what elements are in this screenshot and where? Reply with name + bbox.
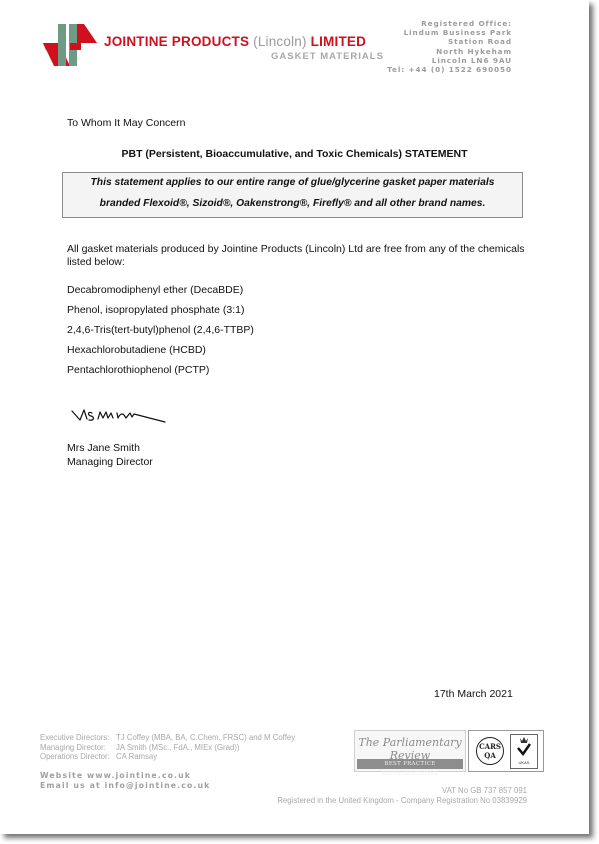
cars-qa-icon: CARS QA (476, 737, 504, 765)
vat-number: VAT No GB 737 857 091 (277, 786, 527, 796)
address-line: Lindum Business Park (387, 28, 512, 37)
company-suffix: LIMITED (311, 34, 366, 49)
crown-check-icon (511, 735, 537, 759)
scope-line-1: This statement applies to our entire ran… (63, 177, 522, 188)
contact-info: Website www.jointine.co.uk Email us at i… (40, 771, 210, 790)
statement-title: PBT (Persistent, Bioaccumulative, and To… (0, 148, 589, 160)
jointine-logo-icon (43, 24, 97, 66)
address-line: Registered Office: (387, 19, 512, 28)
phone-number: Tel: +44 (0) 1522 690050 (387, 65, 512, 74)
director-value: JA Smith (MSc., FdA., MIEx (Grad)) (116, 743, 239, 752)
address-line: Station Road (387, 37, 512, 46)
letter-date: 17th March 2021 (434, 688, 513, 700)
director-value: CA Ramsay (116, 752, 157, 761)
best-practice-bar: BEST PRACTICE REPRESENTATIVE (357, 759, 463, 769)
letter-page: JOINTINE PRODUCTS (Lincoln) LIMITED GASK… (0, 0, 589, 834)
address-line: Lincoln LN6 9AU (387, 56, 512, 65)
company-tagline: GASKET MATERIALS (271, 51, 384, 62)
scope-line-2: branded Flexoid®, Sizoid®, Oakenstrong®,… (63, 198, 522, 209)
chemical-item: Hexachlorobutadiene (HCBD) (67, 344, 254, 364)
certification-badges: CARS QA UKAS (468, 730, 544, 772)
cars-label: CARS QA (477, 742, 503, 760)
chemical-item: Decabromodiphenyl ether (DecaBDE) (67, 284, 254, 304)
director-label: Managing Director: (40, 743, 116, 753)
address-line: North Hykeham (387, 47, 512, 56)
ukas-label: UKAS (511, 760, 537, 765)
chemical-item: Pentachlorothiophenol (PCTP) (67, 364, 254, 384)
salutation: To Whom It May Concern (67, 117, 185, 129)
signature-icon (70, 405, 170, 430)
signer-title: Managing Director (67, 455, 153, 469)
company-name-main: JOINTINE PRODUCTS (104, 34, 249, 49)
website-link[interactable]: Website www.jointine.co.uk (40, 771, 210, 781)
director-value: TJ Coffey (MBA, BA, C.Chem. FRSC) and M … (116, 733, 295, 742)
directors-list: Executive Directors:TJ Coffey (MBA, BA, … (40, 733, 295, 762)
company-name: JOINTINE PRODUCTS (Lincoln) LIMITED (104, 34, 366, 49)
director-label: Operations Director: (40, 752, 116, 762)
email-link[interactable]: Email us at info@jointine.co.uk (40, 781, 210, 791)
registered-office-address: Registered Office: Lindum Business Park … (387, 19, 512, 74)
scope-statement-box: This statement applies to our entire ran… (62, 172, 523, 218)
chemical-list: Decabromodiphenyl ether (DecaBDE) Phenol… (67, 284, 254, 384)
director-row: Executive Directors:TJ Coffey (MBA, BA, … (40, 733, 295, 743)
director-row: Managing Director:JA Smith (MSc., FdA., … (40, 743, 295, 753)
intro-paragraph: All gasket materials produced by Jointin… (67, 243, 547, 269)
chemical-item: Phenol, isopropylated phosphate (3:1) (67, 304, 254, 324)
vat-registration: VAT No GB 737 857 091 Registered in the … (277, 786, 527, 805)
company-registration: Registered in the United Kingdom - Compa… (277, 796, 527, 806)
company-location: (Lincoln) (253, 34, 307, 49)
signer-block: Mrs Jane Smith Managing Director (67, 441, 153, 469)
parliamentary-review-badge: The Parliamentary Review BEST PRACTICE R… (354, 730, 466, 772)
director-label: Executive Directors: (40, 733, 116, 743)
ukas-icon: UKAS (510, 734, 538, 769)
signer-name: Mrs Jane Smith (67, 441, 153, 455)
director-row: Operations Director:CA Ramsay (40, 752, 295, 762)
chemical-item: 2,4,6-Tris(tert-butyl)phenol (2,4,6-TTBP… (67, 324, 254, 344)
